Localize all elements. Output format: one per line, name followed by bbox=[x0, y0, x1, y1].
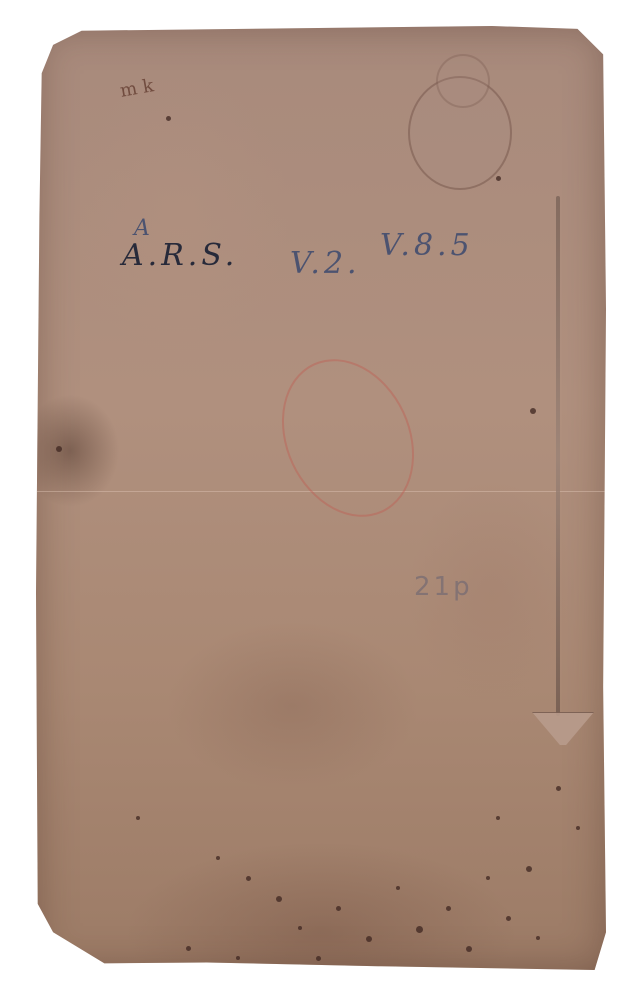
handwritten-inscription: A A.R.S. V.2. V.8.5 bbox=[122, 216, 582, 306]
pencil-number: 21p bbox=[414, 572, 473, 602]
water-stain-small bbox=[436, 54, 490, 108]
inscription-v85: V.8.5 bbox=[380, 228, 474, 263]
inscription-v2: V.2. bbox=[290, 246, 361, 281]
inscription-ars: A.R.S. bbox=[122, 238, 238, 273]
document-cover: m k A A.R.S. V.2. V.8.5 21p bbox=[36, 26, 606, 970]
spine-thread bbox=[556, 196, 560, 716]
